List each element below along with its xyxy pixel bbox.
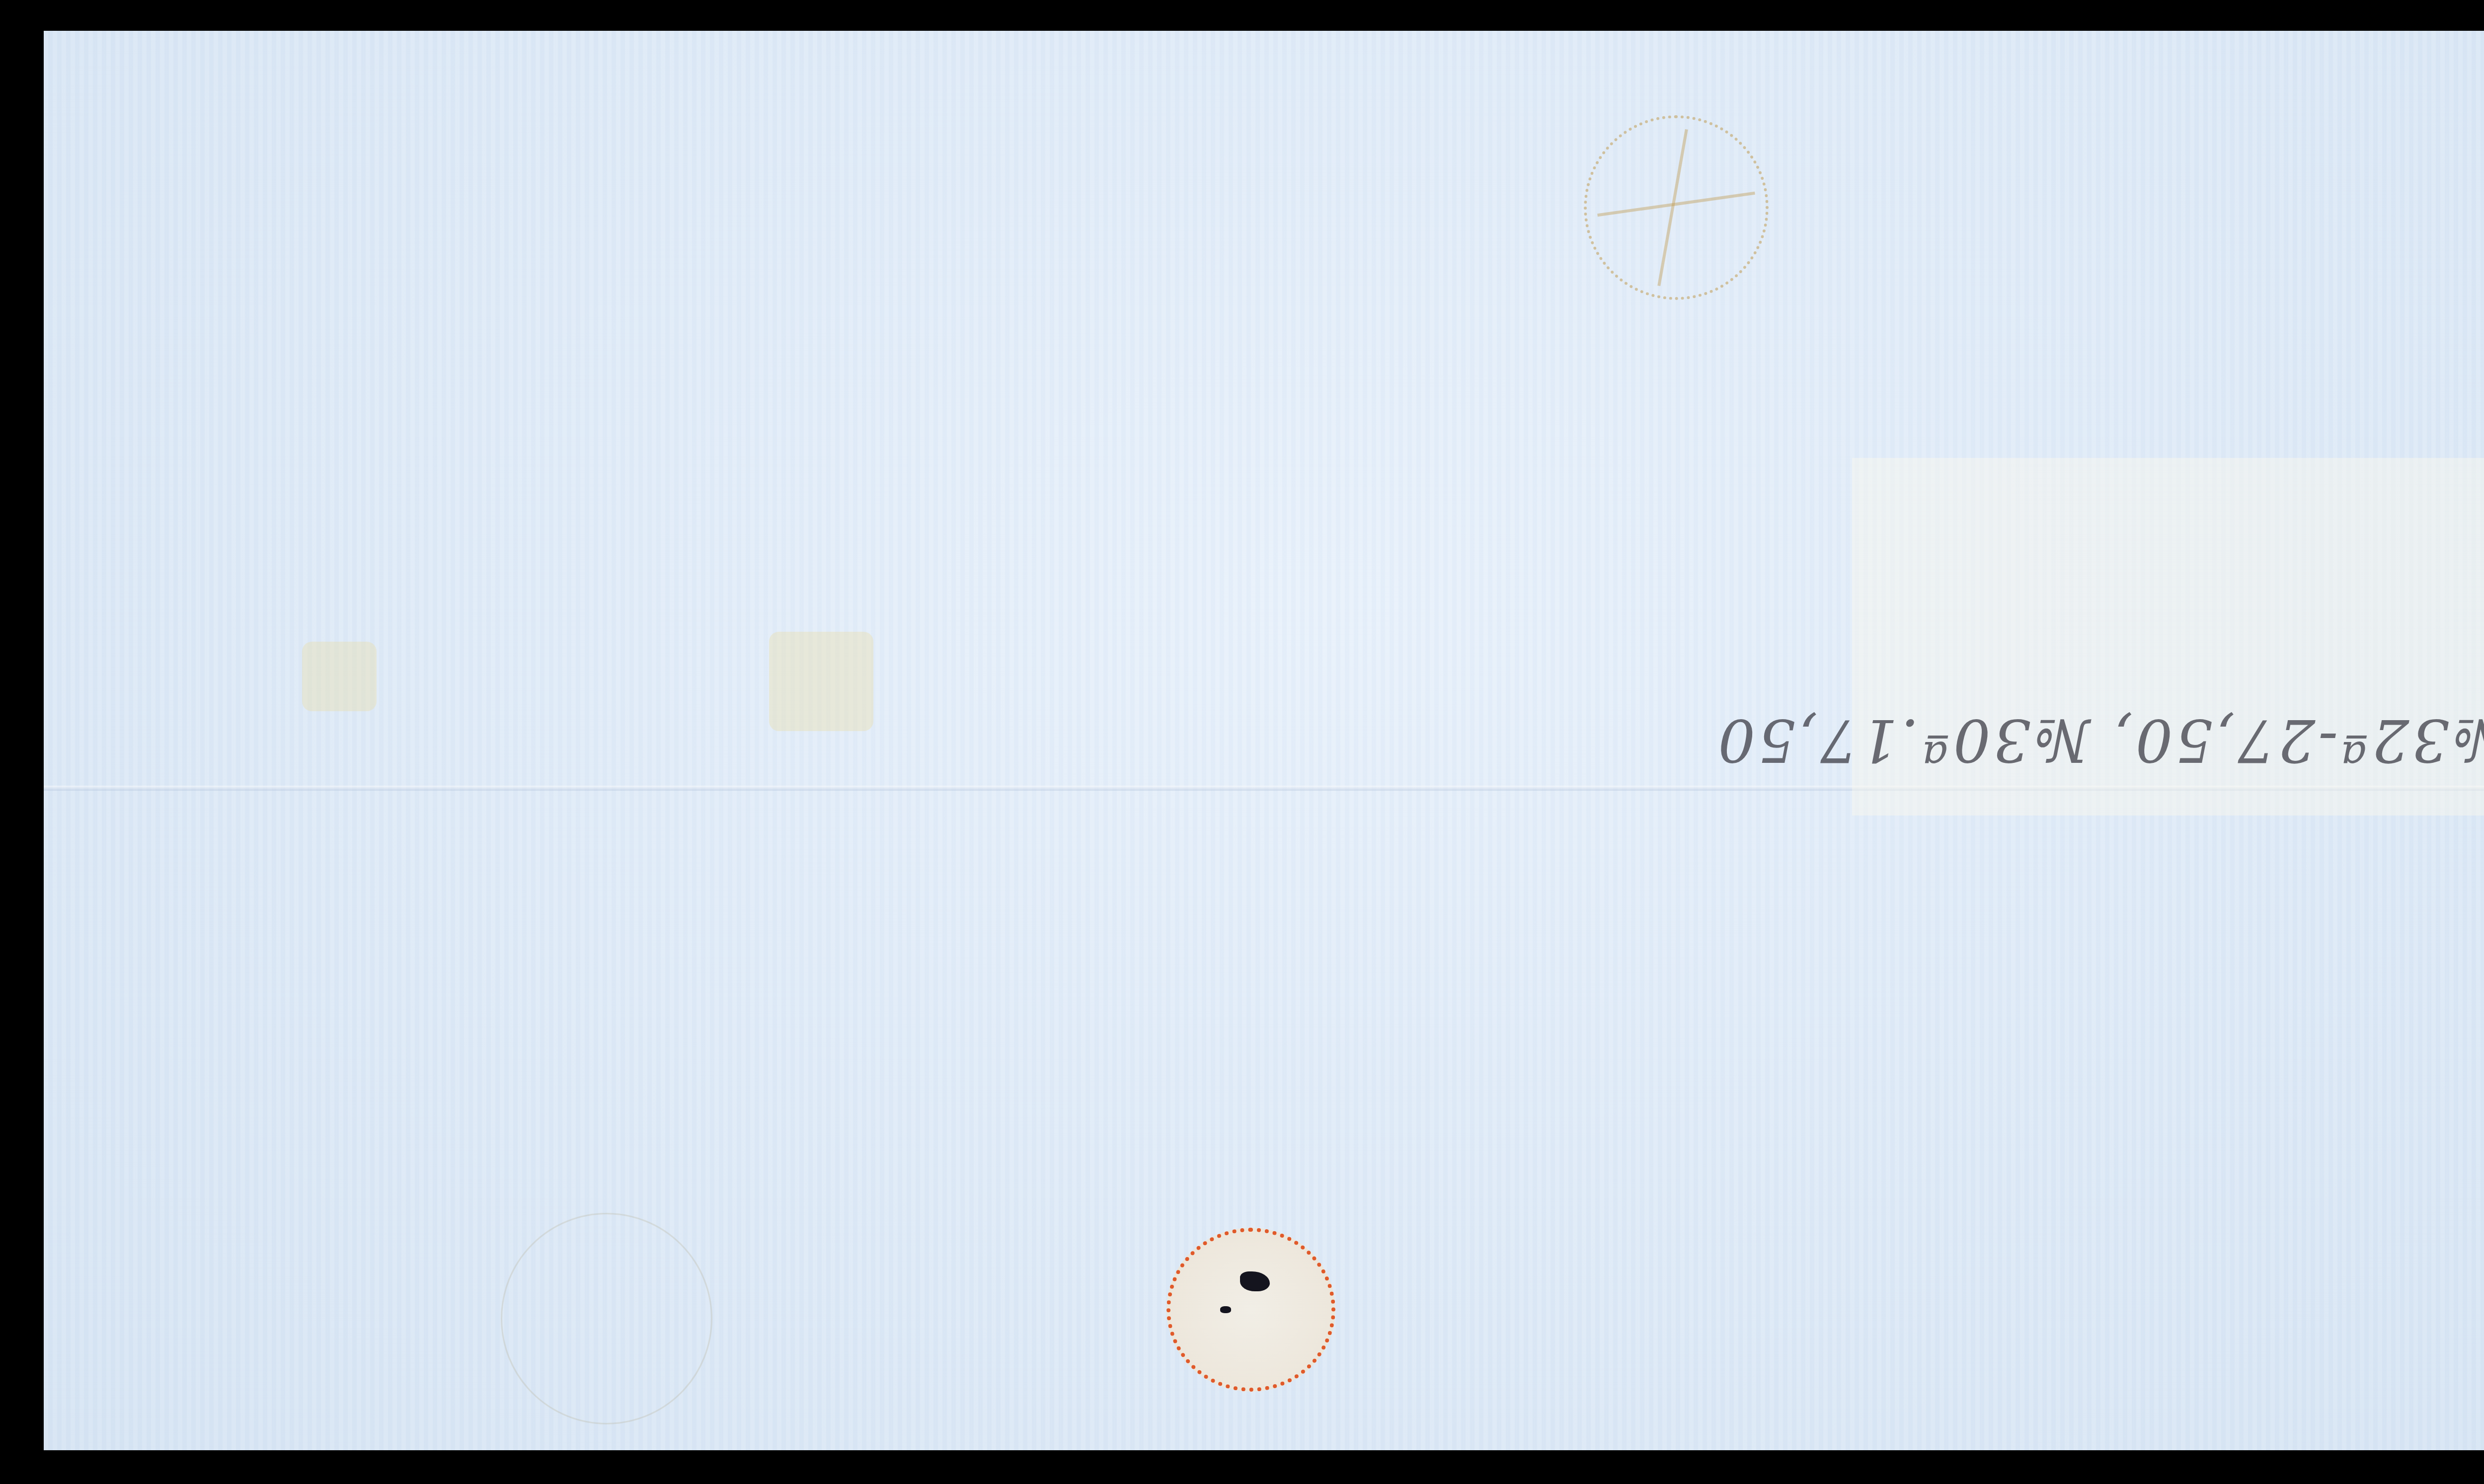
wax-seal-remnant xyxy=(1166,1228,1335,1392)
pencil-notation: №32ª-27,50, №30ª.17,50 xyxy=(1802,706,2484,775)
envelope-back: №32ª-27,50, №30ª.17,50 xyxy=(44,31,2484,1450)
faint-postmark-ring xyxy=(501,1213,712,1424)
ink-blot xyxy=(1240,1271,1270,1291)
ink-blot xyxy=(1220,1306,1231,1313)
postmark-stamp xyxy=(1584,115,1769,300)
stain xyxy=(302,642,377,711)
stain xyxy=(769,632,873,731)
